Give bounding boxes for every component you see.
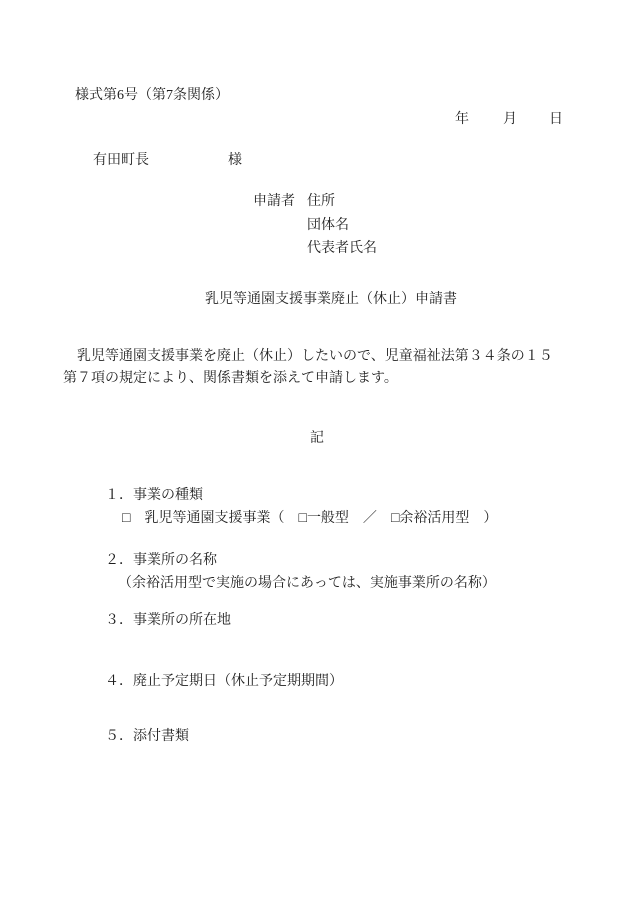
option-ippan-text: 一般型 (307, 511, 349, 526)
applicant-representative-label: 代表者氏名 (307, 239, 377, 259)
applicant-label: 申請者 (253, 192, 295, 212)
application-form-page: 様式第6号（第7条関係） 年 月 日 有田町長 様 申請者 住所 団体名 代表者… (0, 0, 630, 903)
date-year-label: 年 (455, 110, 469, 130)
section-4-label: ４．廃止予定期日（休止予定期期間） (105, 672, 343, 692)
date-month-label: 月 (503, 110, 517, 130)
option-main-text: 乳児等通園支援事業（ (130, 511, 298, 526)
applicant-address-label: 住所 (307, 192, 335, 212)
checkbox-ippan-gata[interactable]: □ (298, 511, 306, 526)
section-2-note: （余裕活用型で実施の場合にあっては、実施事業所の名称） (118, 574, 496, 594)
option-separator: ／ (349, 511, 391, 526)
option-yoyu-text: 余裕活用型 ） (399, 511, 497, 526)
section-1-options: □ 乳児等通園支援事業（ □一般型 ／ □余裕活用型 ） (122, 509, 497, 529)
section-2-label: ２．事業所の名称 (105, 551, 217, 571)
date-day-label: 日 (549, 110, 563, 130)
body-text-line-2: 第７項の規定により、関係書類を添えて申請します。 (63, 369, 398, 389)
document-title: 乳児等通園支援事業廃止（休止）申請書 (205, 290, 457, 310)
section-5-label: ５．添付書類 (105, 727, 189, 747)
addressee-name: 有田町長 (93, 151, 149, 171)
applicant-organization-label: 団体名 (307, 216, 349, 236)
section-3-label: ３．事業所の所在地 (105, 611, 231, 631)
form-number: 様式第6号（第7条関係） (75, 86, 229, 106)
ki-heading: 記 (310, 429, 324, 449)
section-1-label: １．事業の種類 (105, 486, 203, 506)
addressee-honorific: 様 (228, 151, 242, 171)
body-text-line-1: 乳児等通園支援事業を廃止（休止）したいので、児童福祉法第３４条の１５ (63, 347, 553, 367)
